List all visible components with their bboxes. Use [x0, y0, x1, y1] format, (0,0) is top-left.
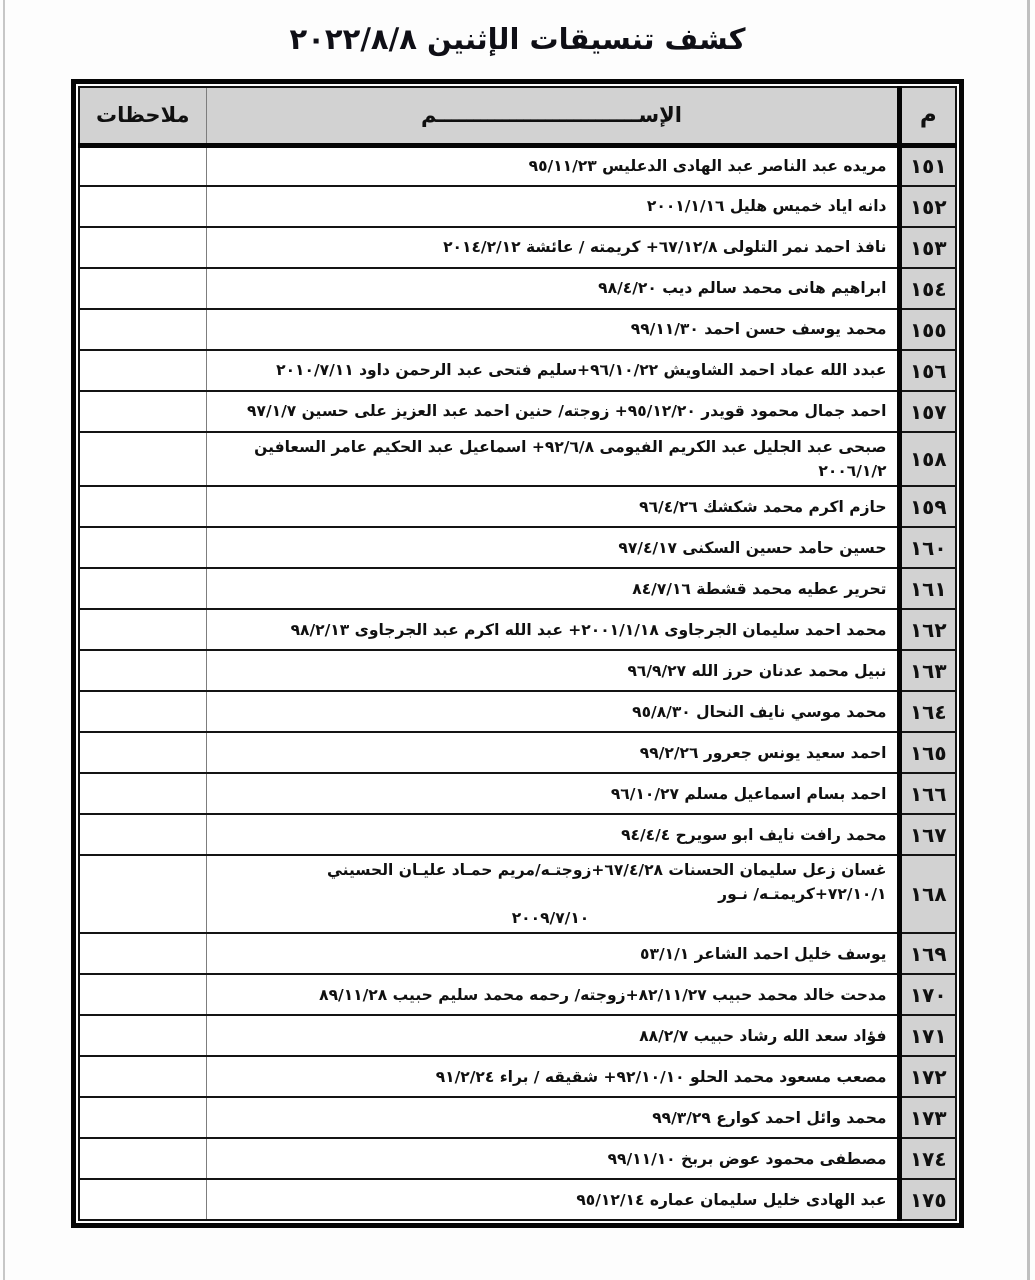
name-text: نافذ احمد نمر التلولى ٦٧/١٢/٨+ كريمته / … [443, 238, 886, 256]
notes-cell [79, 974, 206, 1015]
scan-edge-artifact-right [1027, 0, 1030, 1280]
table-row: ١٧١فؤاد سعد الله رشاد حبيب ٨٨/٢/٧ [79, 1015, 956, 1056]
table-row: ١٥٩حازم اكرم محمد شكشك ٩٦/٤/٢٦ [79, 486, 956, 527]
row-number-cell: ١٧٥ [899, 1179, 956, 1220]
name-cell: محمد رافت نايف ابو سويرح ٩٤/٤/٤ [206, 814, 899, 855]
row-number-cell: ١٥٤ [899, 268, 956, 309]
table-row: ١٦٥احمد سعيد يونس جعرور ٩٩/٢/٢٦ [79, 732, 956, 773]
notes-cell [79, 855, 206, 933]
name-cell: محمد يوسف حسن احمد ٩٩/١١/٣٠ [206, 309, 899, 350]
name-cell: ابراهيم هانى محمد سالم ديب ٩٨/٤/٢٠ [206, 268, 899, 309]
notes-cell [79, 432, 206, 486]
name-text: عبدد الله عماد احمد الشاويش ٩٦/١٠/٢٢+سلي… [276, 361, 886, 379]
name-cell: محمد وائل احمد كوارع ٩٩/٣/٢٩ [206, 1097, 899, 1138]
notes-cell [79, 1015, 206, 1056]
notes-cell [79, 691, 206, 732]
row-number-cell: ١٧٠ [899, 974, 956, 1015]
coordination-table-frame: م الإســــــــــــــــــــــــــــم ملاح… [71, 79, 964, 1228]
table-row: ١٦٢محمد احمد سليمان الجرجاوى ٢٠٠١/١/١٨+ … [79, 609, 956, 650]
table-row: ١٥٥محمد يوسف حسن احمد ٩٩/١١/٣٠ [79, 309, 956, 350]
name-cell: عبد الهادى خليل سليمان عماره ٩٥/١٢/١٤ [206, 1179, 899, 1220]
name-text: مدحت خالد محمد حبيب ٨٢/١١/٢٧+زوجته/ رحمه… [319, 986, 886, 1004]
notes-cell [79, 814, 206, 855]
table-row: ١٦١تحرير عطيه محمد قشطة ٨٤/٧/١٦ [79, 568, 956, 609]
name-cell: فؤاد سعد الله رشاد حبيب ٨٨/٢/٧ [206, 1015, 899, 1056]
table-row: ١٧٢مصعب مسعود محمد الحلو ٩٢/١٠/١٠+ شقيقه… [79, 1056, 956, 1097]
notes-cell [79, 350, 206, 391]
row-number-cell: ١٦٥ [899, 732, 956, 773]
row-number-cell: ١٥٥ [899, 309, 956, 350]
notes-cell [79, 145, 206, 186]
name-text: يوسف خليل احمد الشاعر ٥٣/١/١ [640, 945, 886, 963]
name-text: غسان زعل سليمان الحسنات ٦٧/٤/٢٨+زوجتـه/م… [327, 861, 887, 903]
notes-cell [79, 186, 206, 227]
name-cell: مريده عبد الناصر عبد الهادى الدعليس ٩٥/١… [206, 145, 899, 186]
table-row: ١٦٧محمد رافت نايف ابو سويرح ٩٤/٤/٤ [79, 814, 956, 855]
name-text: محمد موسي نايف النحال ٩٥/٨/٣٠ [632, 703, 886, 721]
row-number-cell: ١٦٠ [899, 527, 956, 568]
row-number-cell: ١٦٦ [899, 773, 956, 814]
row-number-cell: ١٦٨ [899, 855, 956, 933]
name-text: فؤاد سعد الله رشاد حبيب ٨٨/٢/٧ [639, 1027, 886, 1045]
name-cell: صبحى عبد الجليل عبد الكريم الفيومى ٩٢/٦/… [206, 432, 899, 486]
row-number-cell: ١٦٣ [899, 650, 956, 691]
table-row: ١٧٥عبد الهادى خليل سليمان عماره ٩٥/١٢/١٤ [79, 1179, 956, 1220]
name-cell: حازم اكرم محمد شكشك ٩٦/٤/٢٦ [206, 486, 899, 527]
name-cell: محمد احمد سليمان الجرجاوى ٢٠٠١/١/١٨+ عبد… [206, 609, 899, 650]
header-notes-column: ملاحظات [79, 87, 206, 145]
row-number-cell: ١٧٢ [899, 1056, 956, 1097]
name-cell: غسان زعل سليمان الحسنات ٦٧/٤/٢٨+زوجتـه/م… [206, 855, 899, 933]
table-row: ١٦٤محمد موسي نايف النحال ٩٥/٨/٣٠ [79, 691, 956, 732]
name-text: حازم اكرم محمد شكشك ٩٦/٤/٢٦ [639, 498, 886, 516]
row-number-cell: ١٧١ [899, 1015, 956, 1056]
table-row: ١٦٨غسان زعل سليمان الحسنات ٦٧/٤/٢٨+زوجتـ… [79, 855, 956, 933]
notes-cell [79, 268, 206, 309]
name-text: مصعب مسعود محمد الحلو ٩٢/١٠/١٠+ شقيقه / … [436, 1068, 887, 1086]
row-number-cell: ١٦٩ [899, 933, 956, 974]
name-text: محمد رافت نايف ابو سويرح ٩٤/٤/٤ [621, 826, 886, 844]
row-number-cell: ١٦١ [899, 568, 956, 609]
row-number-cell: ١٥٦ [899, 350, 956, 391]
name-text: محمد احمد سليمان الجرجاوى ٢٠٠١/١/١٨+ عبد… [291, 621, 887, 639]
table-row: ١٥٦عبدد الله عماد احمد الشاويش ٩٦/١٠/٢٢+… [79, 350, 956, 391]
notes-cell [79, 650, 206, 691]
table-row: ١٦٩يوسف خليل احمد الشاعر ٥٣/١/١ [79, 933, 956, 974]
name-text: احمد بسام اسماعيل مسلم ٩٦/١٠/٢٧ [611, 785, 887, 803]
scan-edge-artifact-left [3, 0, 5, 1280]
notes-cell [79, 568, 206, 609]
table-row: ١٧٤مصطفى محمود عوض بربخ ٩٩/١١/١٠ [79, 1138, 956, 1179]
name-cell: نبيل محمد عدنان حرز الله ٩٦/٩/٢٧ [206, 650, 899, 691]
name-text: محمد يوسف حسن احمد ٩٩/١١/٣٠ [631, 320, 887, 338]
name-cell: محمد موسي نايف النحال ٩٥/٨/٣٠ [206, 691, 899, 732]
table-row: ١٥١مريده عبد الناصر عبد الهادى الدعليس ٩… [79, 145, 956, 186]
row-number-cell: ١٥٢ [899, 186, 956, 227]
notes-cell [79, 527, 206, 568]
name-cell: حسين حامد حسين السكنى ٩٧/٤/١٧ [206, 527, 899, 568]
notes-cell [79, 1056, 206, 1097]
name-cell: احمد سعيد يونس جعرور ٩٩/٢/٢٦ [206, 732, 899, 773]
row-number-cell: ١٥٣ [899, 227, 956, 268]
row-number-cell: ١٥٧ [899, 391, 956, 432]
document-title: كشف تنسيقات الإثنين ٢٠٢٢/٨/٨ [0, 22, 1035, 56]
header-row: م الإســــــــــــــــــــــــــــم ملاح… [79, 87, 956, 145]
row-number-cell: ١٥٨ [899, 432, 956, 486]
name-cell: مصطفى محمود عوض بربخ ٩٩/١١/١٠ [206, 1138, 899, 1179]
notes-cell [79, 227, 206, 268]
name-text: احمد جمال محمود قويدر ٩٥/١٢/٢٠+ زوجته/ ح… [247, 402, 886, 420]
scanned-document-page: { "title": "كشف تنسيقات الإثنين ٢٠٢٢/٨/٨… [0, 0, 1035, 1280]
name-text: دانه اياد خميس هليل ٢٠٠١/١/١٦ [647, 197, 887, 215]
notes-cell [79, 1179, 206, 1220]
table-row: ١٧٣محمد وائل احمد كوارع ٩٩/٣/٢٩ [79, 1097, 956, 1138]
notes-cell [79, 1138, 206, 1179]
name-cell: مدحت خالد محمد حبيب ٨٢/١١/٢٧+زوجته/ رحمه… [206, 974, 899, 1015]
notes-cell [79, 309, 206, 350]
name-cell: دانه اياد خميس هليل ٢٠٠١/١/١٦ [206, 186, 899, 227]
notes-cell [79, 1097, 206, 1138]
row-number-cell: ١٦٧ [899, 814, 956, 855]
notes-cell [79, 486, 206, 527]
name-cell: نافذ احمد نمر التلولى ٦٧/١٢/٨+ كريمته / … [206, 227, 899, 268]
header-number-column: م [899, 87, 956, 145]
notes-cell [79, 933, 206, 974]
name-text: احمد سعيد يونس جعرور ٩٩/٢/٢٦ [640, 744, 887, 762]
name-text: تحرير عطيه محمد قشطة ٨٤/٧/١٦ [632, 580, 886, 598]
name-text: نبيل محمد عدنان حرز الله ٩٦/٩/٢٧ [627, 662, 886, 680]
header-name-column: الإســــــــــــــــــــــــــــم [206, 87, 899, 145]
table-row: ١٦٦احمد بسام اسماعيل مسلم ٩٦/١٠/٢٧ [79, 773, 956, 814]
name-cell: احمد بسام اسماعيل مسلم ٩٦/١٠/٢٧ [206, 773, 899, 814]
table-row: ١٥٣نافذ احمد نمر التلولى ٦٧/١٢/٨+ كريمته… [79, 227, 956, 268]
row-number-cell: ١٧٤ [899, 1138, 956, 1179]
table-row: ١٥٢دانه اياد خميس هليل ٢٠٠١/١/١٦ [79, 186, 956, 227]
name-text-line2: ٢٠٠٩/٧/١٠ [215, 906, 887, 930]
notes-cell [79, 732, 206, 773]
row-number-cell: ١٦٢ [899, 609, 956, 650]
table-row: ١٧٠مدحت خالد محمد حبيب ٨٢/١١/٢٧+زوجته/ ر… [79, 974, 956, 1015]
name-text: حسين حامد حسين السكنى ٩٧/٤/١٧ [618, 539, 886, 557]
row-number-cell: ١٥٩ [899, 486, 956, 527]
notes-cell [79, 391, 206, 432]
coordination-table: م الإســــــــــــــــــــــــــــم ملاح… [78, 86, 957, 1221]
name-cell: عبدد الله عماد احمد الشاويش ٩٦/١٠/٢٢+سلي… [206, 350, 899, 391]
name-cell: احمد جمال محمود قويدر ٩٥/١٢/٢٠+ زوجته/ ح… [206, 391, 899, 432]
name-cell: مصعب مسعود محمد الحلو ٩٢/١٠/١٠+ شقيقه / … [206, 1056, 899, 1097]
table-row: ١٦٣نبيل محمد عدنان حرز الله ٩٦/٩/٢٧ [79, 650, 956, 691]
table-row: ١٦٠حسين حامد حسين السكنى ٩٧/٤/١٧ [79, 527, 956, 568]
name-cell: تحرير عطيه محمد قشطة ٨٤/٧/١٦ [206, 568, 899, 609]
name-cell: يوسف خليل احمد الشاعر ٥٣/١/١ [206, 933, 899, 974]
name-text: مصطفى محمود عوض بربخ ٩٩/١١/١٠ [608, 1150, 887, 1168]
notes-cell [79, 773, 206, 814]
name-text: صبحى عبد الجليل عبد الكريم الفيومى ٩٢/٦/… [254, 438, 886, 480]
row-number-cell: ١٧٣ [899, 1097, 956, 1138]
name-text: محمد وائل احمد كوارع ٩٩/٣/٢٩ [652, 1109, 886, 1127]
name-text: ابراهيم هانى محمد سالم ديب ٩٨/٤/٢٠ [598, 279, 886, 297]
notes-cell [79, 609, 206, 650]
table-row: ١٥٨صبحى عبد الجليل عبد الكريم الفيومى ٩٢… [79, 432, 956, 486]
table-row: ١٥٧احمد جمال محمود قويدر ٩٥/١٢/٢٠+ زوجته… [79, 391, 956, 432]
row-number-cell: ١٥١ [899, 145, 956, 186]
row-number-cell: ١٦٤ [899, 691, 956, 732]
table-row: ١٥٤ابراهيم هانى محمد سالم ديب ٩٨/٤/٢٠ [79, 268, 956, 309]
name-text: مريده عبد الناصر عبد الهادى الدعليس ٩٥/١… [529, 157, 887, 175]
name-text: عبد الهادى خليل سليمان عماره ٩٥/١٢/١٤ [576, 1191, 886, 1209]
